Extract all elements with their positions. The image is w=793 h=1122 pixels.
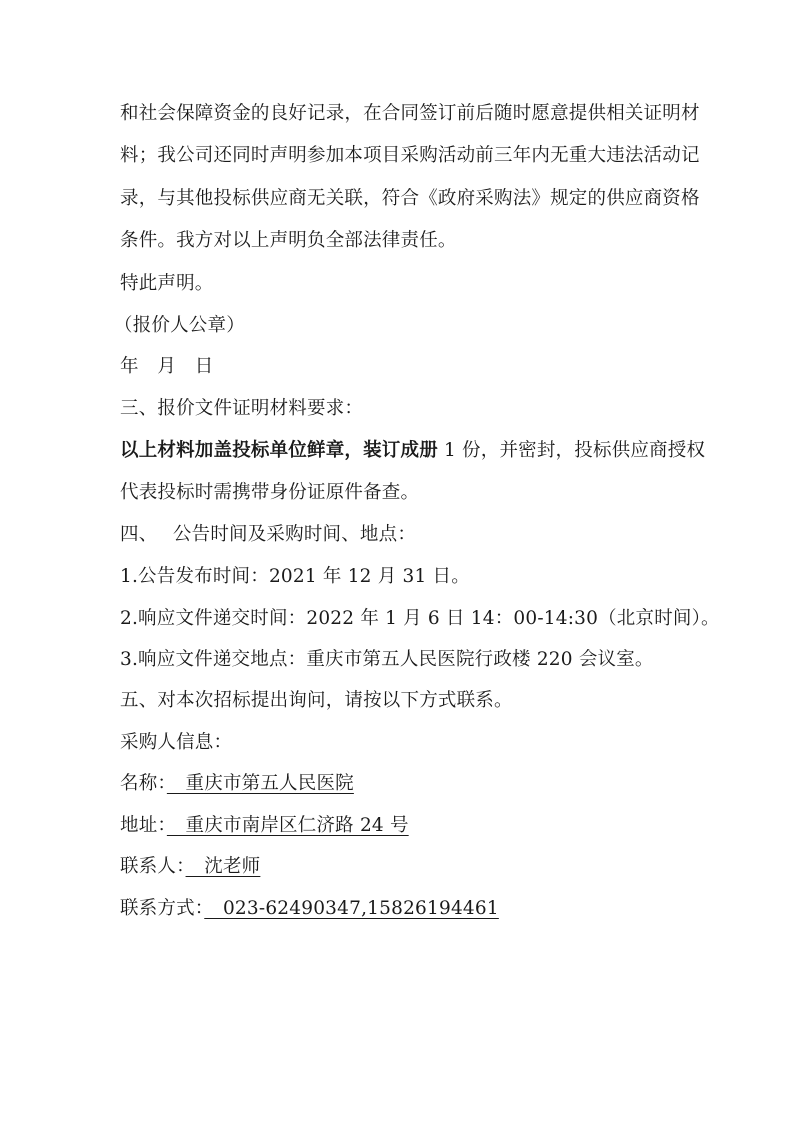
address-label: 地址： (120, 815, 167, 836)
date-line: 年 月 日 (120, 356, 214, 378)
name-value: 重庆市第五人民医院 (167, 773, 354, 794)
phone-label: 联系方式： (120, 898, 204, 919)
section5-heading: 五、对本次招标提出询问，请按以下方式联系。 (120, 690, 513, 712)
paragraph-line: 料；我公司还同时声明参加本项目采购活动前三年内无重大违法活动记 (120, 145, 700, 167)
paragraph-line: 和社会保障资金的良好记录，在合同签订前后随时愿意提供相关证明材 (120, 103, 700, 125)
contact-value: 沈老师 (186, 856, 261, 877)
phone-value: 023-62490347,15826194461 (204, 898, 499, 919)
purchaser-address: 地址： 重庆市南岸区仁济路 24 号 (120, 815, 409, 837)
section3-line2: 代表投标时需携带身份证原件备查。 (120, 482, 419, 504)
section4-item: 1.公告发布时间：2021 年 12 月 31 日。 (120, 566, 470, 588)
section3-bold-text: 以上材料加盖投标单位鲜章，装订成册 (120, 440, 438, 461)
contact-label: 联系人： (120, 856, 186, 877)
purchaser-title: 采购人信息： (120, 732, 232, 754)
section3-requirements: 以上材料加盖投标单位鲜章，装订成册 1 份，并密封，投标供应商授权 (120, 440, 705, 462)
address-value: 重庆市南岸区仁济路 24 号 (167, 815, 409, 836)
paragraph-line: 条件。我方对以上声明负全部法律责任。 (120, 230, 457, 252)
paragraph-line: 录，与其他投标供应商无关联，符合《政府采购法》规定的供应商资格 (120, 188, 700, 210)
section4-item: 3.响应文件递交地点：重庆市第五人民医院行政楼 220 会议室。 (120, 649, 654, 671)
purchaser-contact: 联系人： 沈老师 (120, 856, 260, 878)
section4-heading: 四、 公告时间及采购时间、地点： (120, 524, 416, 546)
declaration-closing: 特此声明。 (120, 273, 214, 295)
name-label: 名称： (120, 773, 167, 794)
purchaser-name: 名称： 重庆市第五人民医院 (120, 773, 354, 795)
section3-heading: 三、报价文件证明材料要求： (120, 398, 363, 420)
section3-normal-text: 1 份，并密封，投标供应商授权 (438, 440, 705, 461)
section4-item: 2.响应文件递交时间：2022 年 1 月 6 日 14：00-14:30（北京… (120, 608, 720, 630)
purchaser-phone: 联系方式： 023-62490347,15826194461 (120, 898, 499, 920)
seal-label: （报价人公章） (114, 315, 245, 337)
